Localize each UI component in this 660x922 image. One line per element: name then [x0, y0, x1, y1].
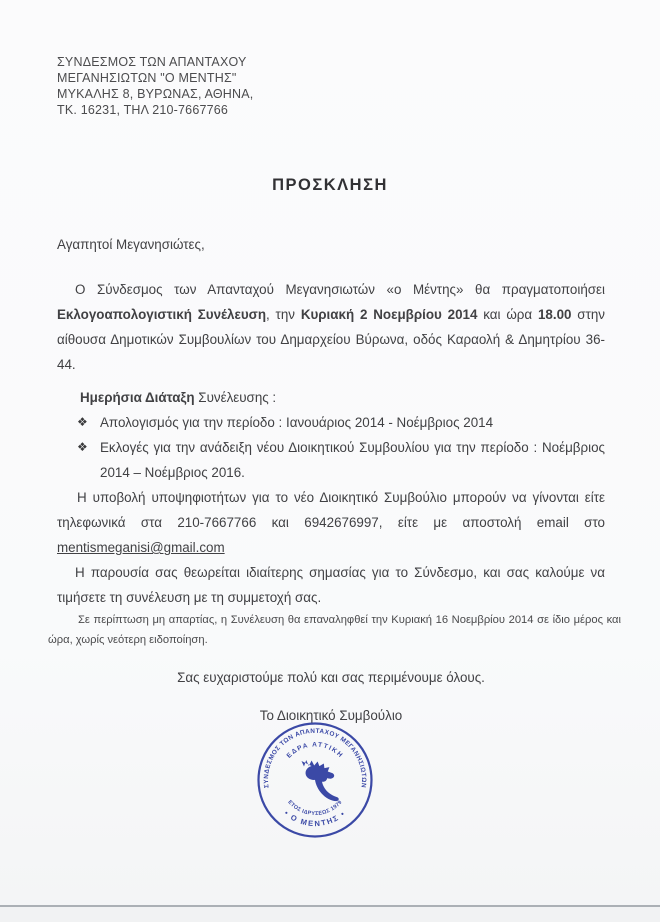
candidacy-phones: τηλεφωνικά στα 210-7667766 και 694267699… [57, 515, 605, 530]
agenda-heading-bold: Ημερήσια Διάταξη [80, 390, 195, 405]
bullet-diamond-icon: ❖ [77, 435, 88, 460]
letterhead-line: ΜΕΓΑΝΗΣΙΩΤΩΝ "Ο ΜΕΝΤΗΣ" [57, 70, 253, 86]
scanner-background [0, 907, 660, 922]
association-stamp: ΣΥΝΔΕΣΜΟΣ ΤΩΝ ΑΠΑΝΤΑΧΟΥ ΜΕΓΑΝΗΣΙΩΤΩΝ ΕΔΡ… [255, 720, 375, 840]
email-address: mentismeganisi@gmail.com [57, 540, 225, 555]
intro-text: και ώρα [477, 307, 538, 322]
agenda-item: ❖ Εκλογές για την ανάδειξη νέου Διοικητι… [57, 435, 605, 485]
agenda-heading: Ημερήσια Διάταξη Συνέλευσης : [80, 385, 605, 410]
letter-title: ΠΡΟΣΚΛΗΣΗ [0, 176, 660, 195]
candidacy-paragraph: Η υποβολή υποψηφιοτήτων για το νέο Διοικ… [57, 485, 605, 560]
letterhead-line: ΣΥΝΔΕΣΜΟΣ ΤΩΝ ΑΠΑΝΤΑΧΟΥ [57, 54, 253, 70]
attendance-paragraph: Η παρουσία σας θεωρείται ιδιαίτερης σημα… [57, 560, 605, 610]
agenda-item: ❖ Απολογισμός για την περίοδο : Ιανουάρι… [57, 410, 605, 435]
island-silhouette-icon [302, 760, 339, 801]
stamp-inner-top-text: ΕΔΡΑ ΑΤΤΙΚΗ [286, 742, 345, 760]
salutation: Αγαπητοί Μεγανησιώτες, [57, 232, 605, 257]
bullet-diamond-icon: ❖ [77, 410, 88, 435]
agenda-item-text: Απολογισμός για την περίοδο : Ιανουάριος… [100, 415, 493, 430]
letter-body: Αγαπητοί Μεγανησιώτες, Ο Σύνδεσμος των Α… [57, 232, 605, 728]
letterhead-line: ΜΥΚΑΛΗΣ 8, ΒΥΡΩΝΑΣ, ΑΘΗΝΑ, [57, 86, 253, 102]
intro-text: Ο Σύνδεσμος των Απανταχού Μεγανησιωτών «… [75, 282, 605, 297]
agenda-item-text: Εκλογές για την ανάδειξη νέου Διοικητικο… [100, 440, 605, 480]
closing-line: Σας ευχαριστούμε πολύ και σας περιμένουμ… [57, 665, 605, 690]
agenda-heading-rest: Συνέλευσης : [195, 390, 277, 405]
letterhead-line: ΤΚ. 16231, ΤΗΛ 210-7667766 [57, 102, 253, 118]
stamp-inner-top-textpath: ΕΔΡΑ ΑΤΤΙΚΗ [286, 742, 345, 760]
candidacy-text: Η υποβολή υποψηφιοτήτων για το νέο Διοικ… [77, 490, 605, 505]
event-date: Κυριακή 2 Νοεμβρίου 2014 [301, 307, 478, 322]
event-time: 18.00 [538, 307, 572, 322]
fine-print-note: Σε περίπτωση μη απαρτίας, η Συνέλευση θα… [48, 610, 621, 650]
intro-paragraph: Ο Σύνδεσμος των Απανταχού Μεγανησιωτών «… [57, 277, 605, 377]
scanned-letter-page: ΣΥΝΔΕΣΜΟΣ ΤΩΝ ΑΠΑΝΤΑΧΟΥ ΜΕΓΑΝΗΣΙΩΤΩΝ "Ο … [0, 0, 660, 922]
intro-text: , την [266, 307, 301, 322]
event-name: Εκλογοαπολογιστική Συνέλευση [57, 307, 266, 322]
letterhead: ΣΥΝΔΕΣΜΟΣ ΤΩΝ ΑΠΑΝΤΑΧΟΥ ΜΕΓΑΝΗΣΙΩΤΩΝ "Ο … [57, 54, 253, 118]
stamp-seal-graphic: ΣΥΝΔΕΣΜΟΣ ΤΩΝ ΑΠΑΝΤΑΧΟΥ ΜΕΓΑΝΗΣΙΩΤΩΝ ΕΔΡ… [255, 720, 375, 840]
